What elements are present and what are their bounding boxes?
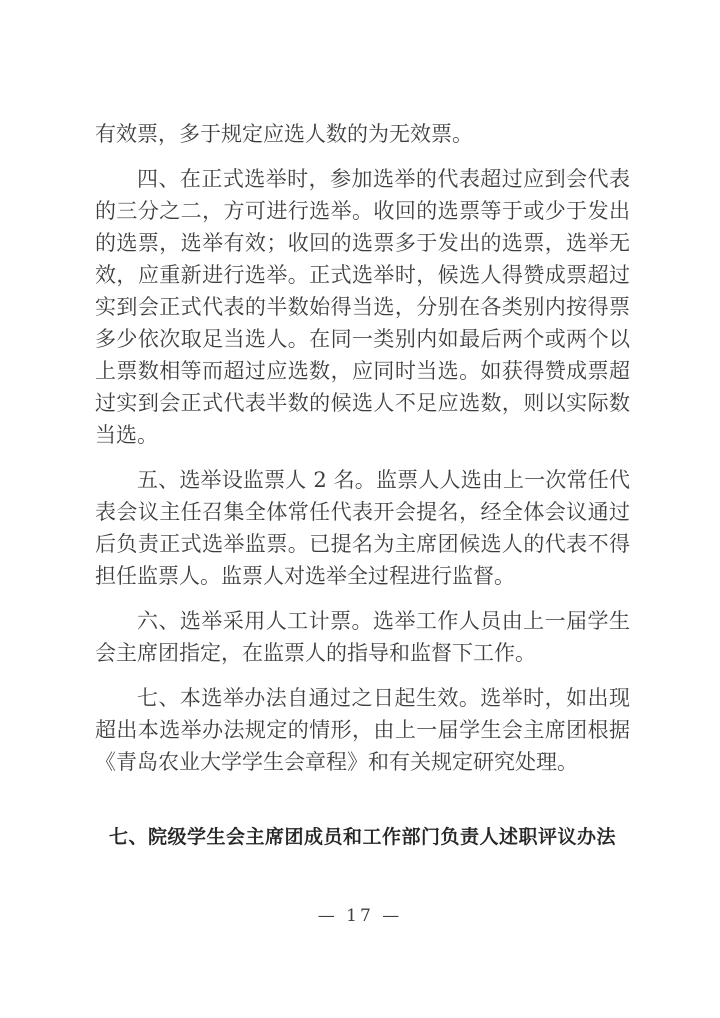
page-footer: — 17 — — [0, 906, 720, 926]
paragraph-item-7: 七、本选举办法自通过之日起生效。选举时，如出现超出本选举办法规定的情形，由上一届… — [95, 682, 630, 778]
paragraph-item-4: 四、在正式选举时，参加选举的代表超过应到会代表的三分之二，方可进行选举。收回的选… — [95, 163, 630, 451]
document-page: 有效票，多于规定应选人数的为无效票。 四、在正式选举时，参加选举的代表超过应到会… — [0, 0, 720, 1018]
page-number: — 17 — — [318, 906, 402, 926]
paragraph-continuation: 有效票，多于规定应选人数的为无效票。 — [95, 118, 630, 150]
paragraph-item-5: 五、选举设监票人 2 名。监票人人选由上一次常任代表会议主任召集全体常任代表开会… — [95, 464, 630, 592]
paragraph-item-6: 六、选举采用人工计票。选举工作人员由上一届学生会主席团指定，在监票人的指导和监督… — [95, 605, 630, 669]
section-heading: 七、院级学生会主席团成员和工作部门负责人述职评议办法 — [95, 824, 630, 850]
document-content: 有效票，多于规定应选人数的为无效票。 四、在正式选举时，参加选举的代表超过应到会… — [95, 118, 630, 850]
